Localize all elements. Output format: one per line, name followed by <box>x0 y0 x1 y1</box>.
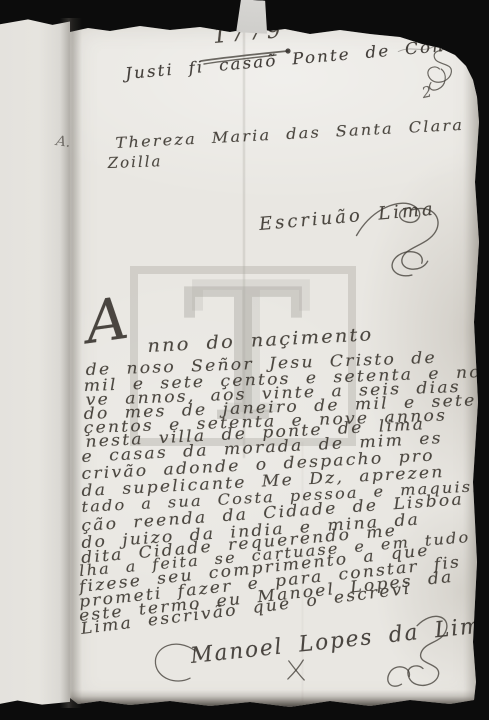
archival-tab <box>236 0 269 34</box>
signature-rubric-icon <box>382 608 460 696</box>
party-name-line: Thereza Maria das Santa Clara <box>115 116 464 152</box>
page-top-shading <box>70 22 480 27</box>
manuscript-page: T T 1779 Justi fi casaõ Ponte de Conte L… <box>70 22 480 708</box>
scanned-document: A. T T 1779 Justi fi casaõ Ponte de Cont… <box>0 0 489 720</box>
binding-gutter <box>60 18 82 708</box>
illuminated-initial: A <box>82 288 134 352</box>
signature-cross-icon <box>286 658 306 682</box>
party-name-line2: Zoilla <box>107 152 162 172</box>
margin-mark: A. <box>55 133 72 151</box>
clerk-rubric-icon <box>352 196 447 280</box>
